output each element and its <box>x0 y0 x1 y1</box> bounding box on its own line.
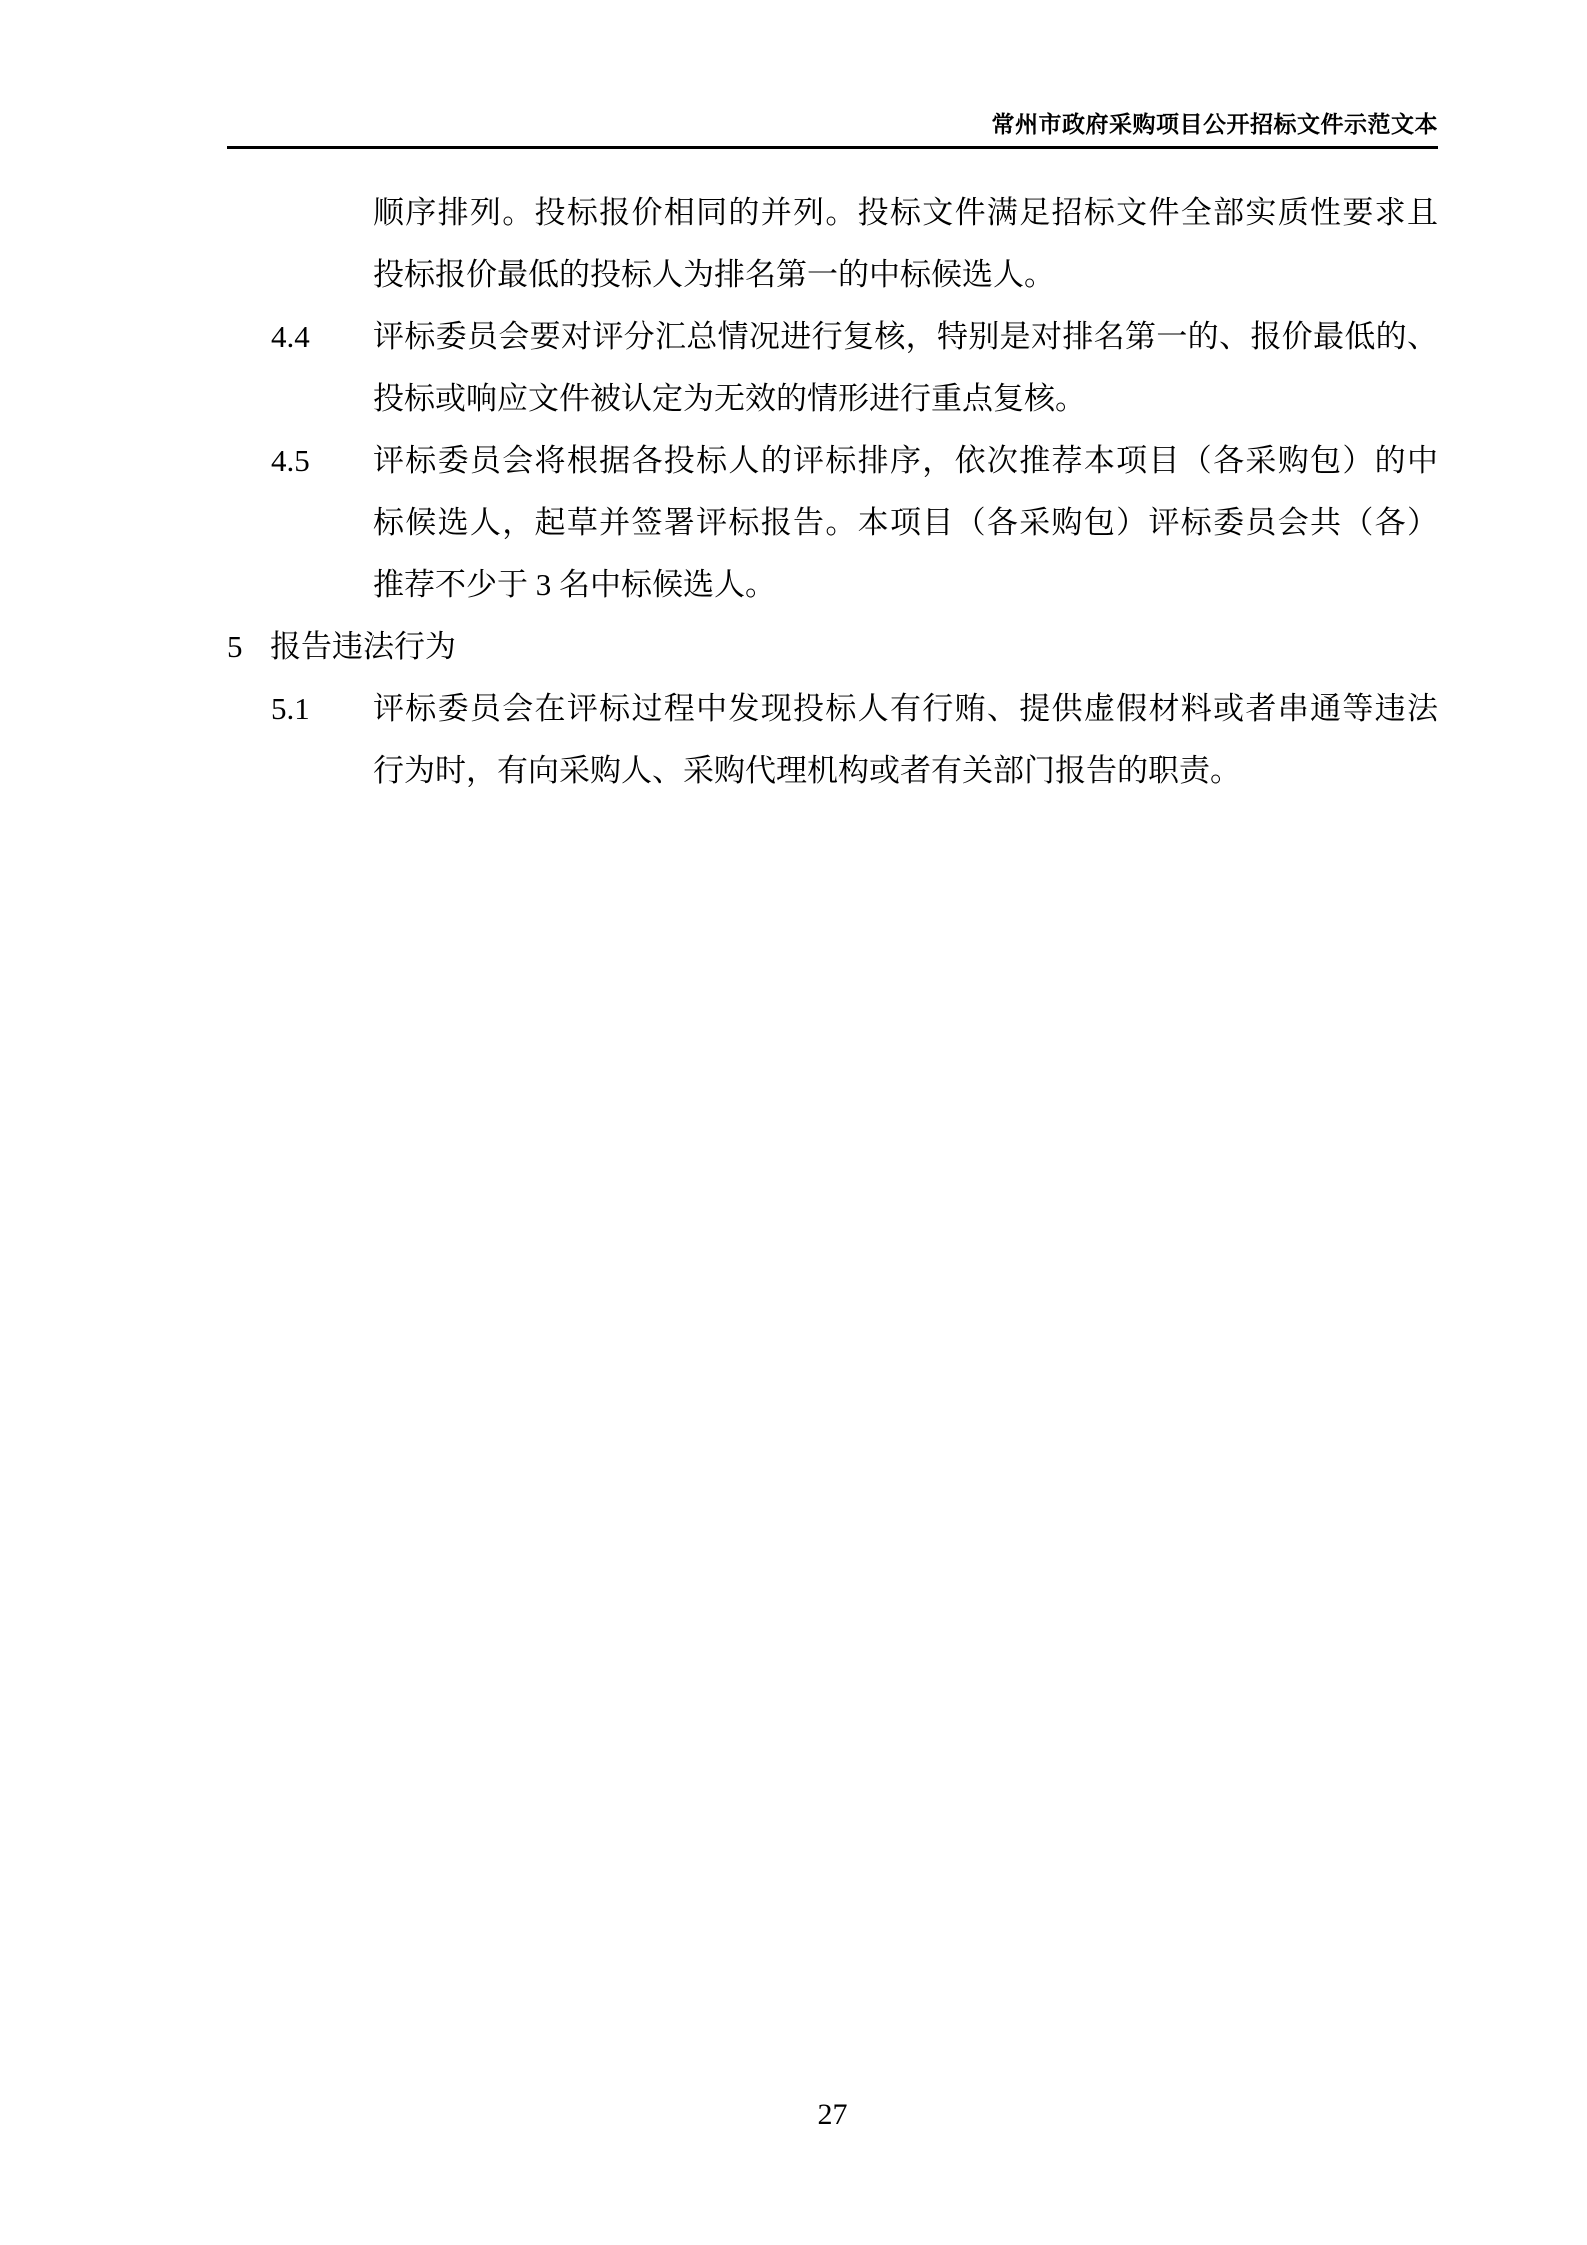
text-line: 评标委员会在评标过程中发现投标人有行贿、提供虚假材料或者串通等违法 <box>373 678 1438 740</box>
text-line: 顺序排列。投标报价相同的并列。投标文件满足招标文件全部实质性要求且 <box>373 182 1438 244</box>
text-line: 行为时，有向采购人、采购代理机构或者有关部门报告的职责。 <box>373 740 1438 802</box>
clause-text: 顺序排列。投标报价相同的并列。投标文件满足招标文件全部实质性要求且 投标报价最低… <box>373 182 1438 306</box>
clause-number: 4.4 <box>271 306 373 368</box>
clause-text: 评标委员会在评标过程中发现投标人有行贿、提供虚假材料或者串通等违法 行为时，有向… <box>373 678 1438 802</box>
document-body: 顺序排列。投标报价相同的并列。投标文件满足招标文件全部实质性要求且 投标报价最低… <box>227 182 1438 802</box>
clause-number: 4.5 <box>271 430 373 492</box>
text-line: 报告违法行为 <box>270 616 1438 678</box>
clause-number: 5 <box>227 616 270 678</box>
text-line: 评标委员会要对评分汇总情况进行复核，特别是对排名第一的、报价最低的、 <box>373 306 1438 368</box>
clause-text: 评标委员会将根据各投标人的评标排序，依次推荐本项目（各采购包）的中 标候选人，起… <box>373 430 1438 616</box>
clause-text: 评标委员会要对评分汇总情况进行复核，特别是对排名第一的、报价最低的、 投标或响应… <box>373 306 1438 430</box>
clause-item-5-1: 5.1 评标委员会在评标过程中发现投标人有行贿、提供虚假材料或者串通等违法 行为… <box>227 678 1438 802</box>
paragraph-continuation: 顺序排列。投标报价相同的并列。投标文件满足招标文件全部实质性要求且 投标报价最低… <box>227 182 1438 306</box>
document-page: 常州市政府采购项目公开招标文件示范文本 顺序排列。投标报价相同的并列。投标文件满… <box>0 0 1587 2245</box>
clause-item-4-5: 4.5 评标委员会将根据各投标人的评标排序，依次推荐本项目（各采购包）的中 标候… <box>227 430 1438 616</box>
page-header-title: 常州市政府采购项目公开招标文件示范文本 <box>227 112 1438 138</box>
text-line: 推荐不少于 3 名中标候选人。 <box>373 554 1438 616</box>
header-rule <box>227 146 1438 149</box>
page-number: 27 <box>227 2100 1438 2130</box>
text-line: 标候选人，起草并签署评标报告。本项目（各采购包）评标委员会共（各） <box>373 492 1438 554</box>
section-heading-5: 5 报告违法行为 <box>227 616 1438 678</box>
text-line: 投标或响应文件被认定为无效的情形进行重点复核。 <box>373 368 1438 430</box>
text-line: 投标报价最低的投标人为排名第一的中标候选人。 <box>373 244 1438 306</box>
text-line: 评标委员会将根据各投标人的评标排序，依次推荐本项目（各采购包）的中 <box>373 430 1438 492</box>
clause-number: 5.1 <box>271 678 373 740</box>
clause-item-4-4: 4.4 评标委员会要对评分汇总情况进行复核，特别是对排名第一的、报价最低的、 投… <box>227 306 1438 430</box>
clause-text: 报告违法行为 <box>270 616 1438 678</box>
